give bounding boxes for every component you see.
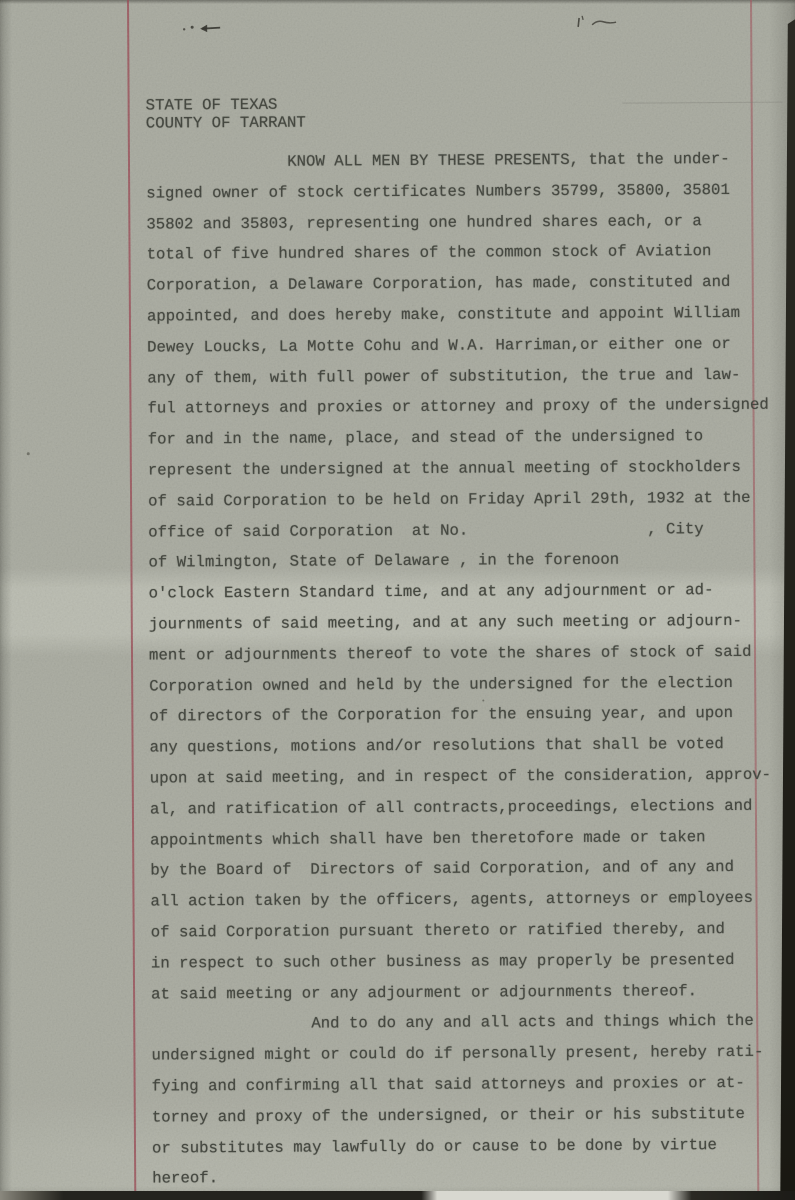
document-line: signed owner of stock certificates Numbe… bbox=[146, 175, 768, 210]
document-line: KNOW ALL MEN BY THESE PRESENTS, that the… bbox=[146, 144, 768, 179]
document-line: o'clock Eastern Standard time, and at an… bbox=[149, 575, 771, 610]
document-body: KNOW ALL MEN BY THESE PRESENTS, that the… bbox=[146, 144, 774, 1195]
document-line: for and in the name, place, and stead of… bbox=[148, 421, 770, 456]
document-line: office of said Corporation at No. , City bbox=[148, 513, 770, 548]
document-line: 35802 and 35803, representing one hundre… bbox=[146, 205, 768, 240]
document-line: of said Corporation pursuant thereto or … bbox=[151, 914, 773, 949]
document-line: ment or adjournments thereof to vote the… bbox=[149, 637, 771, 672]
document-line: torney and proxy of the undersigned, or … bbox=[152, 1098, 774, 1133]
document-line: Corporation owned and held by the unders… bbox=[149, 667, 771, 702]
document-line: Corporation, a Delaware Corporation, has… bbox=[147, 267, 769, 302]
document-line: STATE OF TEXAS bbox=[146, 97, 306, 115]
pen-scribble-right-icon bbox=[574, 12, 624, 34]
document-line: upon at said meeting, and in respect of … bbox=[150, 760, 772, 795]
document-line: in respect to such other business as may… bbox=[151, 944, 773, 979]
paper-speck bbox=[27, 452, 30, 455]
scan-edge-bottom bbox=[0, 1191, 795, 1200]
crease-line bbox=[623, 102, 783, 104]
notary-venue-block: STATE OF TEXASCOUNTY OF TARRANT bbox=[146, 97, 306, 133]
document-line: undersigned might or could do if persona… bbox=[151, 1037, 773, 1072]
document-line: Dewey Loucks, La Motte Cohu and W.A. Har… bbox=[147, 329, 769, 364]
document-line: by the Board of Directors of said Corpor… bbox=[150, 852, 772, 887]
pen-scribble-left-icon bbox=[180, 19, 224, 39]
document-line: COUNTY OF TARRANT bbox=[146, 114, 306, 132]
document-line: any questions, motions and/or resolution… bbox=[149, 729, 771, 764]
document-line: or substitutes may lawfully do or cause … bbox=[152, 1129, 774, 1164]
document-line: all action taken by the officers, agents… bbox=[150, 883, 772, 918]
document-line: appointed, and does hereby make, constit… bbox=[147, 298, 769, 333]
document-line: total of five hundred shares of the comm… bbox=[146, 236, 768, 271]
paper-speck bbox=[482, 699, 484, 701]
document-line: appointments which shall have ben theret… bbox=[150, 821, 772, 856]
document-line: of Wilmington, State of Delaware , in th… bbox=[148, 544, 770, 579]
document-line: al, and ratification of all contracts,pr… bbox=[150, 790, 772, 825]
document-line: ful attorneys and proxies or attorney an… bbox=[147, 390, 769, 425]
document-line: of directors of the Corporation for the … bbox=[149, 698, 771, 733]
document-line: journments of said meeting, and at any s… bbox=[149, 606, 771, 641]
scan-background: STATE OF TEXASCOUNTY OF TARRANT KNOW ALL… bbox=[0, 0, 795, 1200]
document-page: STATE OF TEXASCOUNTY OF TARRANT KNOW ALL… bbox=[0, 0, 795, 1200]
document-line: And to do any and all acts and things wh… bbox=[151, 1006, 773, 1041]
document-line: at said meeting or any adjourment or adj… bbox=[151, 975, 773, 1010]
page-content: STATE OF TEXASCOUNTY OF TARRANT KNOW ALL… bbox=[0, 0, 795, 1200]
left-margin-line bbox=[127, 0, 136, 1200]
document-line: of said Corporation to be held on Friday… bbox=[148, 483, 770, 518]
document-line: represent the undersigned at the annual … bbox=[148, 452, 770, 487]
document-line: any of them, with full power of substitu… bbox=[147, 359, 769, 394]
document-line: fying and confirming all that said attor… bbox=[152, 1068, 774, 1103]
document-line: hereof. bbox=[152, 1160, 774, 1195]
